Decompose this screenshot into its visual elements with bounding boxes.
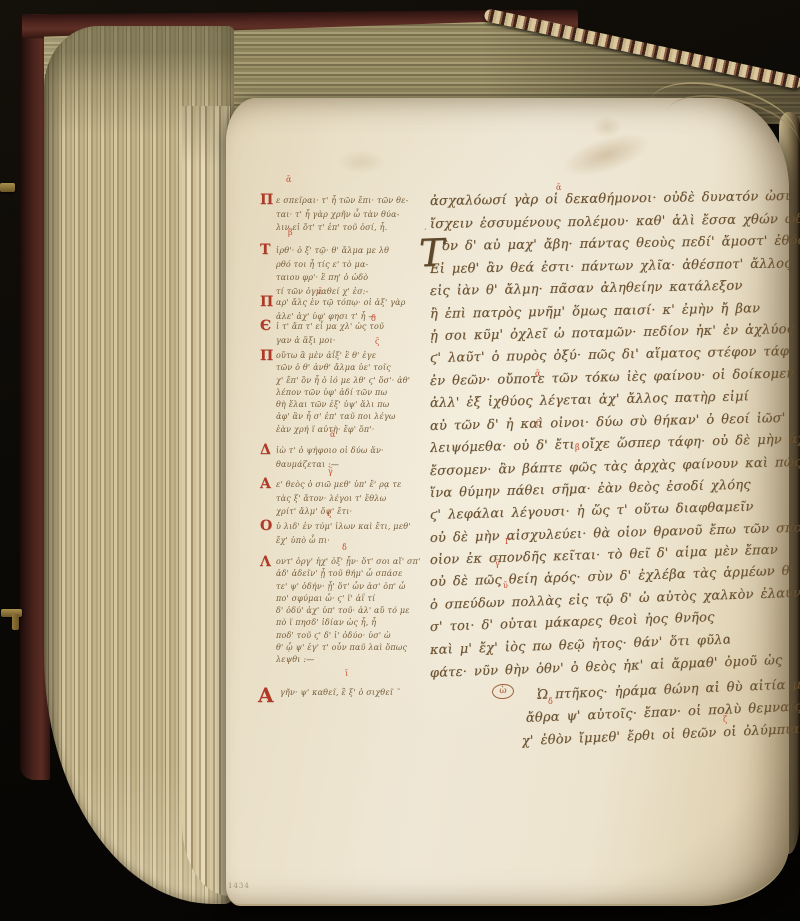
red-initial-large: Α xyxy=(258,685,274,705)
red-reference-mark: γ̄ xyxy=(495,560,500,568)
parchment-stain xyxy=(336,150,386,174)
red-reference-mark: ῡ xyxy=(503,582,508,590)
scholia-block: Δ ἰὼ τ' ὁ ψήφοιο οἱ δύω ἅν· θαυμάζεται :… xyxy=(276,444,438,471)
scholia-block: Π οὕτω ἃ μὲν ἀΐξ' ἓ θ' ἐγε τῶν ὁ θ' ἀνθ'… xyxy=(276,350,438,436)
scholia-block: Є ἱ τ' ἄπ τ' εἶ μα χλ' ὡς τοῦ γαν ἁ ἅξι … xyxy=(276,320,438,347)
foliation-mark: 1434 xyxy=(228,882,250,890)
red-numeral-ref: ε̄ xyxy=(318,288,322,296)
red-reference-mark: ζ̄ xyxy=(723,716,727,724)
red-initial: Ο xyxy=(260,519,272,533)
red-numeral-ref: ᾱ xyxy=(286,176,291,184)
clasp-pin-bottom xyxy=(1,609,22,617)
red-initial: Λ xyxy=(260,555,271,569)
circled-ode-mark: ὠ xyxy=(492,683,515,699)
clasp-pin-stem xyxy=(12,614,19,630)
ink-smudge-stain xyxy=(557,125,655,186)
red-initial: Є xyxy=(260,319,271,333)
scholia-block: Α ε' θεὸς ὁ σιῶ μεθ' ὑπ' ἔ' ρᾳ τε τὰς ξ'… xyxy=(276,478,438,519)
main-text-line: εἰς ἰὰν θ' ἄλμη· πᾶσαν ἀληθείην κατάλεξο… xyxy=(430,277,800,304)
red-reference-mark: ᾱ xyxy=(556,184,561,192)
scholia-block: Α γῆν· ψ' καθεῖ, ἓ ξ' ὁ σιχθεῖ ῀ xyxy=(280,686,510,700)
red-numeral-ref: ϛ̄ xyxy=(327,510,331,518)
red-numeral-ref: ϛ̄ xyxy=(375,338,379,346)
red-reference-mark: δ̄ xyxy=(548,698,553,706)
red-initial: Π xyxy=(260,295,273,309)
main-text-line: ἀσχαλόωσί γὰρ οἱ δεκαθήμονοι· οὐδὲ δυνατ… xyxy=(430,189,800,214)
red-reference-mark: Γ̄ xyxy=(505,538,511,546)
main-text-line: ὸν δ' αὖ μαχ' ἄβη· πάντας θεοὺς πεδί' ἄμ… xyxy=(442,233,800,259)
faint-ring-stain xyxy=(592,116,622,138)
red-reference-mark: ᾱ xyxy=(535,370,540,378)
red-initial: Π xyxy=(260,349,273,363)
red-initial: Π xyxy=(260,193,273,207)
scholia-block: Π αρ' ἄλς ἐν τῷ τόπῳ· οἱ ἀξ' γὰρ ἀλε' ἀχ… xyxy=(276,296,438,323)
red-numeral-ref: γ̄ xyxy=(328,468,333,476)
red-numeral-ref: ῑ xyxy=(345,670,348,678)
red-numeral-ref: δ̄ xyxy=(342,544,347,552)
red-initial: Τ xyxy=(260,243,271,257)
scholia-block: Π ε σπεῖραι· τ' ἦ τῶν ἔπι· τῶν θε- ται· … xyxy=(276,194,438,235)
scholia-block: Λ οντ' ὀργ' ἠχ' ὀξ' ᾖν· ὅτ' σοι αἴ' σπ' … xyxy=(276,556,476,667)
main-text-line: ἴσχειν ἐσσυμένους πολέμου· καθ' ἁλὶ ἔσσα… xyxy=(430,212,800,237)
scholia-block: Τ ἱρθ'· ὁ ξ' τῷ· θ' ἄλμα με λθ ρθό τοι ἦ… xyxy=(276,244,438,298)
scholia-block: Ο ὑ λιδ' ἐν τύμ' ἰλων καὶ ἔτι, μεθ' ἔχ' … xyxy=(276,520,438,547)
red-numeral-ref: δ̄ xyxy=(371,315,376,323)
manuscript-photo: Τ ἀσχαλόωσί γὰρ οἱ δεκαθήμονοι· οὐδὲ δυν… xyxy=(0,0,800,921)
red-numeral-ref: ᾱ xyxy=(330,431,335,439)
red-initial: Δ xyxy=(260,443,271,457)
red-initial: Α xyxy=(260,477,271,491)
red-numeral-ref: β̄ xyxy=(288,229,293,237)
red-reference-mark: ϛ̄ xyxy=(536,420,540,428)
manuscript-page: Τ ἀσχαλόωσί γὰρ οἱ δεκαθήμονοι· οὐδὲ δυν… xyxy=(226,98,789,906)
clasp-pin-top xyxy=(0,183,15,192)
underlying-page-edges xyxy=(182,106,230,896)
red-reference-mark: β̄ xyxy=(575,444,580,452)
